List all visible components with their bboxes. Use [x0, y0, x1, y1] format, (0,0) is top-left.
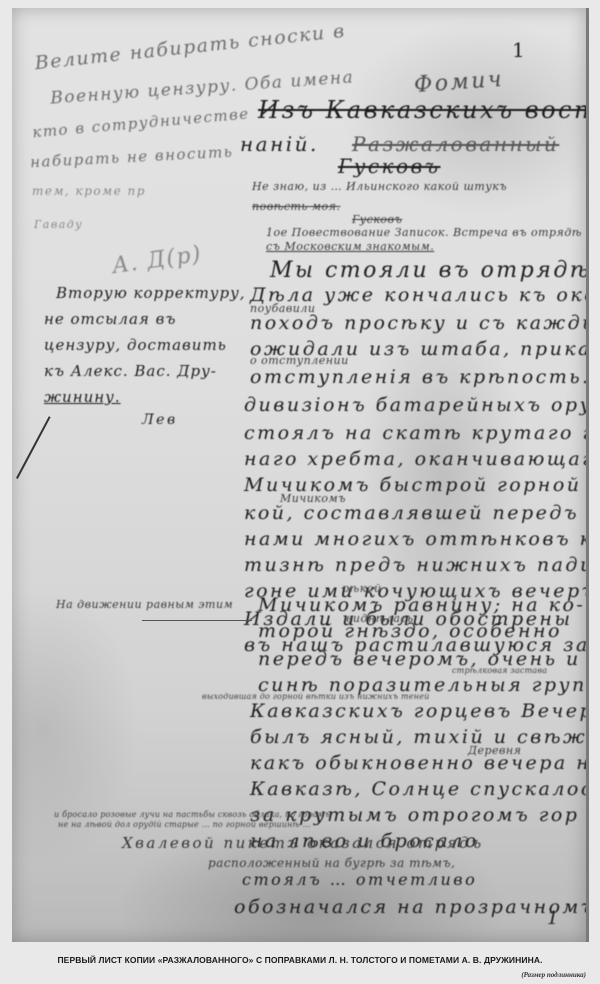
body-line: былъ ясный, тихій и свѣжій [250, 726, 589, 748]
left-note-line: не отсылая въ [44, 310, 176, 328]
left-note-line: цензуру, доставить [44, 336, 227, 354]
margin-slash-mark [16, 416, 51, 479]
bottom-note: не на лѣвой дол орудій старые … по горно… [58, 820, 311, 829]
left-note-line: къ Алекс. Вас. Дру- [44, 362, 217, 380]
bottom-note: обозначался на прозрачномъ [234, 896, 589, 918]
subtitle-line: съ Московским знакомым. [266, 240, 434, 253]
body-line: походъ просѣку и съ каждымъ днемъ [250, 312, 589, 334]
caption-size-note: (Размер подлинника) [521, 971, 586, 979]
title-line: наній. [240, 132, 319, 156]
manuscript-photo: Велите набирать сноски в Военную цензуру… [12, 8, 589, 942]
body-line: нами многихъ оттѣнковъ кру- [244, 528, 589, 550]
body-line: торой гнѣздо, особенно [258, 620, 562, 642]
left-note-line: жинину. [44, 388, 121, 406]
subtitle-line: Не знаю, из … Ильинского какой штукъ [252, 180, 507, 193]
subtitle-line: 1ое Повествование Записок. Встреча въ от… [266, 226, 582, 239]
figure-caption: ПЕРВЫЙ ЛИСТ КОПИИ «РАЗЖАЛОВАННОГО» С ПОП… [0, 955, 600, 965]
body-line: какъ обыкновенно вечера на [250, 752, 589, 774]
pencil-signature: А. Д(р) [111, 242, 204, 279]
pencil-note-line: набирать не вносить [30, 143, 234, 172]
pencil-note-line: кто в сотрудничестве [32, 105, 251, 142]
pencil-note-line: Гаваду [34, 218, 83, 231]
subtitle-line: повѣсть моя. [252, 200, 340, 213]
title-insert: Фомич [413, 67, 505, 98]
body-line: отступленія въ крѣпость. Наш [250, 366, 589, 388]
body-line: тизнѣ предъ нижнихъ пади [244, 554, 589, 576]
body-line: Мичикомъ равнину; на ко- [258, 594, 585, 616]
left-note-initials: Лев [142, 412, 178, 428]
bottom-note: и бросало розовые лучи на пастьбы сквозь… [54, 810, 330, 819]
body-line: стоялъ на скатѣ крутаго гор- [244, 422, 589, 444]
title-struck: Разжалованный [352, 132, 559, 156]
page-number: 1 [512, 38, 527, 62]
page-number-bottom: 1 [547, 908, 561, 929]
subtitle-struck-name: Гусковъ [352, 213, 402, 226]
body-line: кой, составлявшей передъ [244, 502, 579, 524]
bottom-note: Хвалевой пикетъ оказался отрядъ [122, 834, 484, 852]
body-line: Мы стояли въ отрядѣ.- [270, 258, 589, 283]
left-note-line: Вторую корректуру, [56, 284, 246, 302]
bottom-note: стоялъ … отчетливо [242, 870, 477, 889]
pencil-note-line: Велите набирать сноски в [34, 20, 347, 75]
margin-note-rule [142, 620, 252, 621]
body-line: дивизіонъ батарейныхъ орудій [244, 394, 589, 416]
bottom-note: расположенный на бугрѣ за тѣмъ, [208, 856, 455, 870]
pencil-note-line: тем, кроме пр [32, 184, 146, 198]
body-line: Кавказѣ, Солнце спускалось [250, 778, 589, 800]
margin-note: На движении равным этим [56, 598, 233, 611]
title-struck-name: Гусковъ [338, 154, 441, 178]
body-line: Кавказскихъ горцевъ Вечеръ [250, 700, 589, 722]
title-line: Изъ Кавказскихъ воспоми- [258, 96, 589, 124]
body-line: наго хребта, оканчивающагося [244, 448, 589, 470]
